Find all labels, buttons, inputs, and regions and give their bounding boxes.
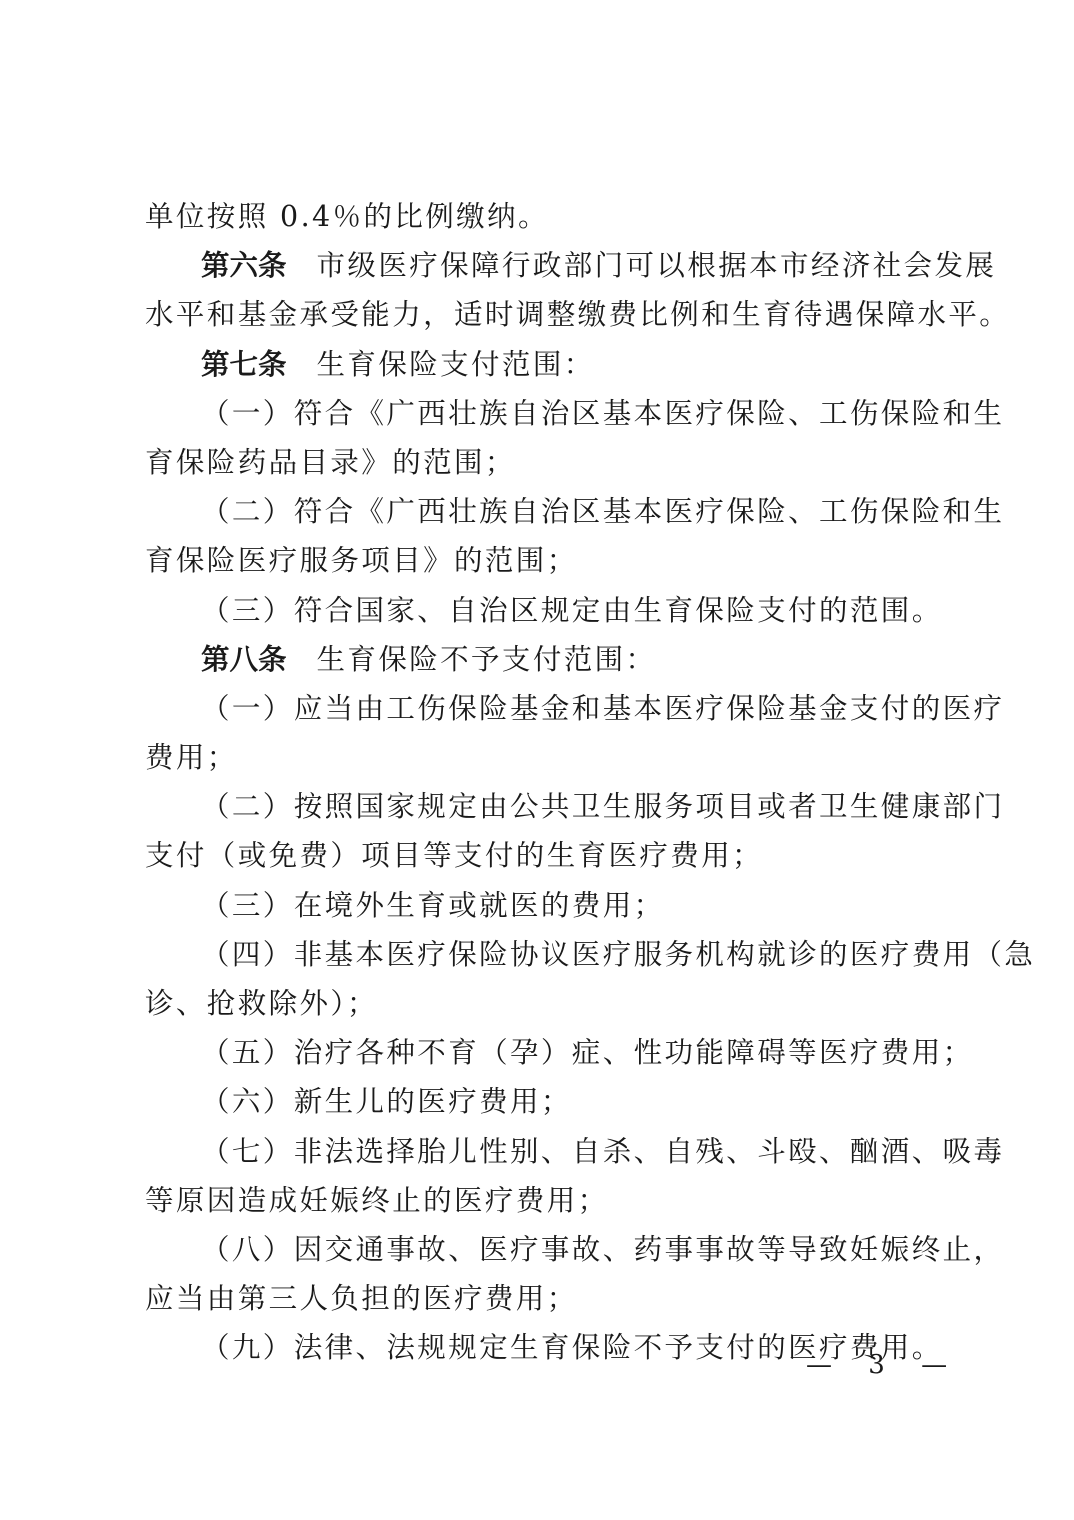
line-text: 费用； <box>145 741 238 774</box>
list-item-line: （二）按照国家规定由公共卫生服务项目或者卫生健康部门 <box>145 782 945 831</box>
line-text: （六）新生儿的医疗费用； <box>201 1085 572 1118</box>
article-8-line: 第八条生育保险不予支付范围： <box>145 635 945 684</box>
list-item-line: （三）在境外生育或就医的费用； <box>145 881 945 930</box>
line-text: 支付（或免费）项目等支付的生育医疗费用； <box>145 839 763 872</box>
line-text: （七）非法选择胎儿性别、自杀、自残、斗殴、酗酒、吸毒 <box>201 1135 1004 1168</box>
line-text: （三）在境外生育或就医的费用； <box>201 889 665 922</box>
paragraph-line: 诊、抢救除外）； <box>145 979 945 1028</box>
line-text: （四）非基本医疗保险协议医疗服务机构就诊的医疗费用（急 <box>201 938 1035 971</box>
line-text: （二）符合《广西壮族自治区基本医疗保险、工伤保险和生 <box>201 495 1004 528</box>
article-heading: 第六条 <box>201 249 287 282</box>
line-text: 诊、抢救除外）； <box>145 987 378 1020</box>
list-item-line: （五）治疗各种不育（孕）症、性功能障碍等医疗费用； <box>145 1028 945 1077</box>
paragraph-line: 单位按照 0.4％的比例缴纳。 <box>145 192 945 241</box>
list-item-line: （六）新生儿的医疗费用； <box>145 1077 945 1126</box>
paragraph-line: 育保险医疗服务项目》的范围； <box>145 536 945 585</box>
list-item-line: （二）符合《广西壮族自治区基本医疗保险、工伤保险和生 <box>145 487 945 536</box>
line-text: （五）治疗各种不育（孕）症、性功能障碍等医疗费用； <box>201 1036 974 1069</box>
paragraph-line: 等原因造成妊娠终止的医疗费用； <box>145 1176 945 1225</box>
paragraph-line: 育保险药品目录》的范围； <box>145 438 945 487</box>
list-item-line: （八）因交通事故、医疗事故、药事事故等导致妊娠终止， <box>145 1225 945 1274</box>
line-text: 育保险药品目录》的范围； <box>145 446 516 479</box>
line-text: 单位按照 0.4％的比例缴纳。 <box>145 200 549 233</box>
list-item-line: （一）符合《广西壮族自治区基本医疗保险、工伤保险和生 <box>145 389 945 438</box>
article-heading: 第八条 <box>201 643 287 676</box>
list-item-line: （四）非基本医疗保险协议医疗服务机构就诊的医疗费用（急 <box>145 930 945 979</box>
list-item-line: （七）非法选择胎儿性别、自杀、自残、斗殴、酗酒、吸毒 <box>145 1127 945 1176</box>
line-text: （三）符合国家、自治区规定由生育保险支付的范围。 <box>201 594 943 627</box>
paragraph-line: 水平和基金承受能力，适时调整缴费比例和生育待遇保障水平。 <box>145 290 945 339</box>
line-text: （一）符合《广西壮族自治区基本医疗保险、工伤保险和生 <box>201 397 1004 430</box>
paragraph-line: 支付（或免费）项目等支付的生育医疗费用； <box>145 831 945 880</box>
paragraph-line: 应当由第三人负担的医疗费用； <box>145 1274 945 1323</box>
line-text: 市级医疗保障行政部门可以根据本市经济社会发展 <box>317 249 997 282</box>
line-text: 等原因造成妊娠终止的医疗费用； <box>145 1184 609 1217</box>
line-text: 水平和基金承受能力，适时调整缴费比例和生育待遇保障水平。 <box>145 298 1010 331</box>
list-item-line: （一）应当由工伤保险基金和基本医疗保险基金支付的医疗 <box>145 684 945 733</box>
line-text: 应当由第三人负担的医疗费用； <box>145 1282 578 1315</box>
list-item-line: （三）符合国家、自治区规定由生育保险支付的范围。 <box>145 586 945 635</box>
line-text: 生育保险不予支付范围： <box>317 643 657 676</box>
article-7-line: 第七条生育保险支付范围： <box>145 340 945 389</box>
article-heading: 第七条 <box>201 348 287 381</box>
page-number: — 3 — <box>806 1350 961 1380</box>
line-text: 生育保险支付范围： <box>317 348 595 381</box>
document-page-body: 单位按照 0.4％的比例缴纳。 第六条市级医疗保障行政部门可以根据本市经济社会发… <box>145 192 945 1373</box>
paragraph-line: 费用； <box>145 733 945 782</box>
article-6-line: 第六条市级医疗保障行政部门可以根据本市经济社会发展 <box>145 241 945 290</box>
line-text: 育保险医疗服务项目》的范围； <box>145 544 578 577</box>
line-text: （一）应当由工伤保险基金和基本医疗保险基金支付的医疗 <box>201 692 1004 725</box>
line-text: （二）按照国家规定由公共卫生服务项目或者卫生健康部门 <box>201 790 1004 823</box>
line-text: （八）因交通事故、医疗事故、药事事故等导致妊娠终止， <box>201 1233 1004 1266</box>
